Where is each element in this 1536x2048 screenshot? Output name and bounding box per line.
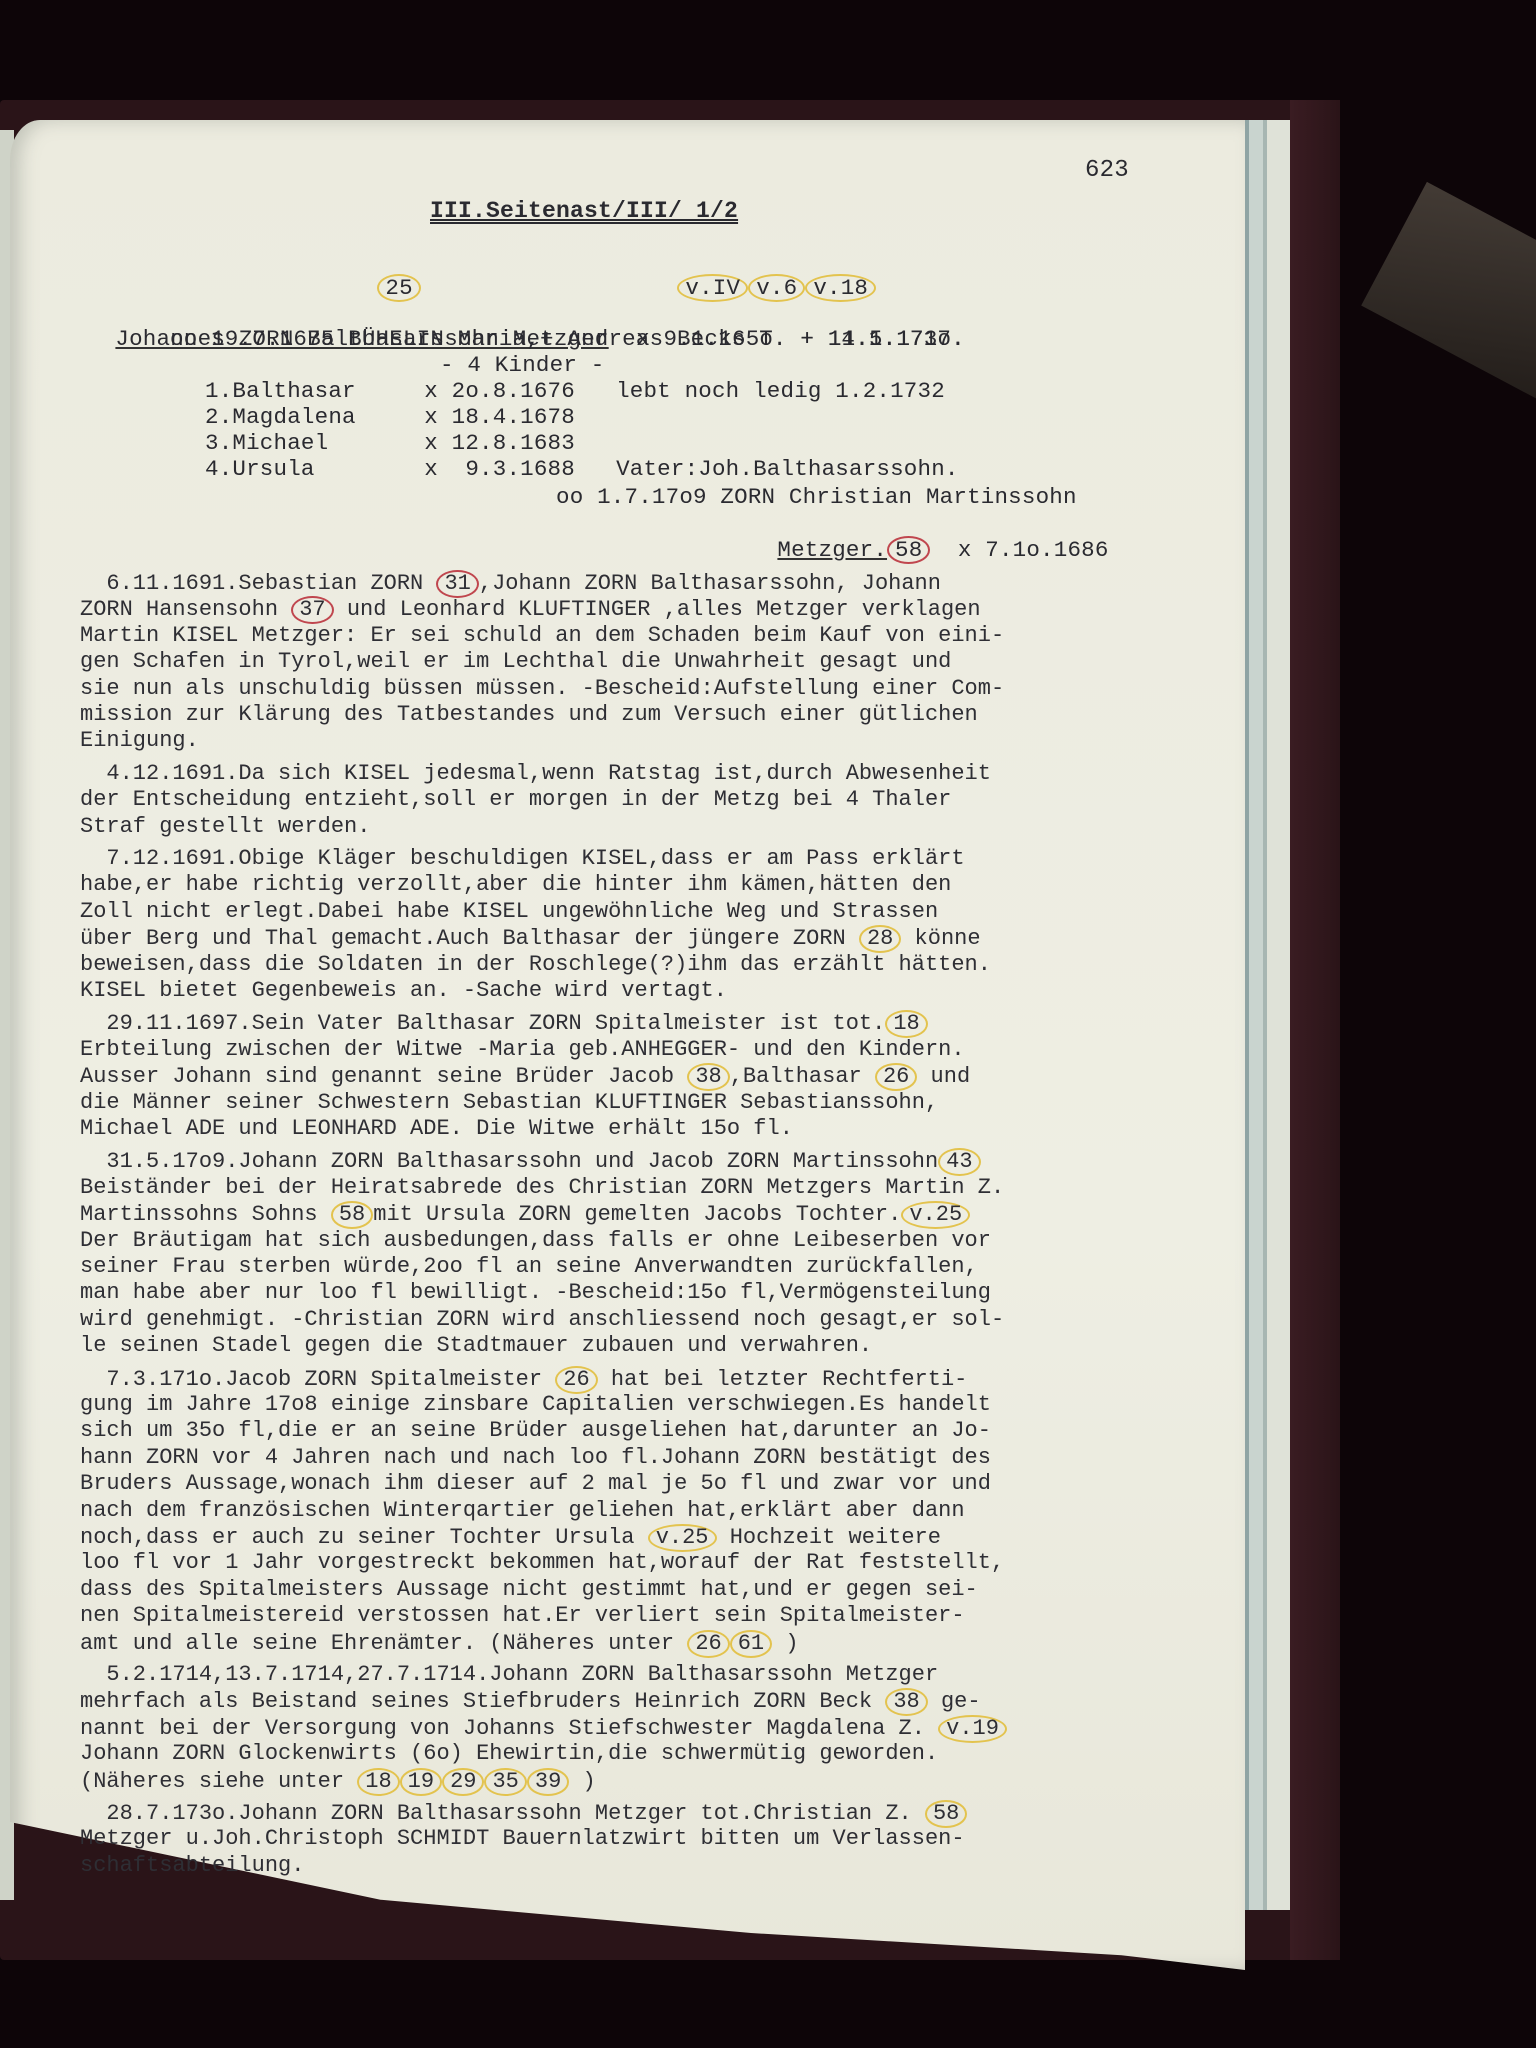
ref-circle: v.25 — [648, 1524, 717, 1552]
paragraph-line: man habe aber nur loo fl bewilligt. -Bes… — [80, 1280, 991, 1306]
ref-circle: 25 — [377, 274, 420, 302]
paragraph-line: ZORN Hansensohn 37 und Leonhard KLUFTING… — [80, 596, 981, 624]
paragraph-line: dass des Spitalmeisters Aussage nicht ge… — [80, 1577, 978, 1603]
paragraph-line: der Entscheidung entzieht,soll er morgen… — [80, 787, 951, 813]
paragraph-line: Martin KISEL Metzger: Er sei schuld an d… — [80, 623, 1004, 649]
paragraph-line: le seinen Stadel gegen die Stadtmauer zu… — [80, 1333, 872, 1359]
paragraph-line: 29.11.1697.Sein Vater Balthasar ZORN Spi… — [80, 1010, 928, 1038]
paragraph-line: Erbteilung zwischen der Witwe -Maria geb… — [80, 1037, 965, 1063]
paragraph-line: Zoll nicht erlegt.Dabei habe KISEL ungew… — [80, 899, 938, 925]
ref-circle: 26 — [875, 1063, 917, 1091]
paragraph-line: nannt bei der Versorgung von Johanns Sti… — [80, 1715, 1007, 1743]
ref-circle: 35 — [484, 1768, 526, 1796]
paragraph-line: nach dem französischen Winterqartier gel… — [80, 1498, 965, 1524]
paragraph-line: Metzger u.Joh.Christoph SCHMIDT Bauernla… — [80, 1826, 965, 1852]
paragraph-line: (Näheres siehe unter 1819293539 ) — [80, 1768, 596, 1796]
paragraph-line: 6.11.1691.Sebastian ZORN 31,Johann ZORN … — [80, 570, 941, 598]
paragraph-line: Beiständer bei der Heiratsabrede des Chr… — [80, 1175, 1004, 1201]
background-object — [1361, 182, 1536, 418]
ref-circle: 61 — [730, 1630, 772, 1658]
paragraph-line: Michael ADE und LEONHARD ADE. Die Witwe … — [80, 1116, 793, 1142]
page-heading: III.Seitenast/III/ 1/2 — [430, 198, 738, 224]
ref-circle: 37 — [291, 596, 333, 624]
paragraph-line: mehrfach als Beistand seines Stiefbruder… — [80, 1688, 981, 1716]
paragraph-line: wird genehmigt. -Christian ZORN wird ans… — [80, 1307, 1004, 1333]
refs-right: v.IVv.6v.18 — [650, 248, 876, 302]
ref-circle: 31 — [436, 570, 478, 598]
ref-left: 25 — [350, 248, 421, 302]
child-row: 1.Balthasar x 2o.8.1676 lebt noch ledig … — [205, 378, 945, 404]
paragraph-line: 7.12.1691.Obige Kläger beschuldigen KISE… — [80, 846, 965, 872]
ref-circle: 18 — [885, 1010, 927, 1038]
paragraph-line: beweisen,dass die Soldaten in der Roschl… — [80, 952, 991, 978]
paragraph-line: amt und alle seine Ehrenämter. (Näheres … — [80, 1630, 799, 1658]
paragraph-line: Martinssohns Sohns 58mit Ursula ZORN gem… — [80, 1201, 970, 1229]
paragraph-line: 7.3.171o.Jacob ZORN Spitalmeister 26 hat… — [80, 1366, 967, 1394]
paragraph-line: 5.2.1714,13.7.1714,27.7.1714.Johann ZORN… — [80, 1662, 938, 1688]
child-row: 2.Magdalena x 18.4.1678 — [205, 404, 575, 430]
ref-circle: v.18 — [805, 274, 876, 302]
paragraph-line: 28.7.173o.Johann ZORN Balthasarssohn Met… — [80, 1800, 967, 1828]
paragraph-line: sie nun als unschuldig büssen müssen. -B… — [80, 676, 1004, 702]
paragraph-line: 31.5.17o9.Johann ZORN Balthasarssohn und… — [80, 1148, 981, 1176]
ref-circle: 38 — [885, 1688, 927, 1716]
paragraph-line: noch,dass er auch zu seiner Tochter Ursu… — [80, 1524, 941, 1552]
ref-circle: v.19 — [938, 1715, 1007, 1743]
paragraph-line: Ausser Johann sind genannt seine Brüder … — [80, 1063, 970, 1091]
paragraph-line: Der Bräutigam hat sich ausbedungen,dass … — [80, 1228, 991, 1254]
ref-circle: 43 — [938, 1148, 980, 1176]
paragraph-line: mission zur Klärung des Tatbestandes und… — [80, 702, 978, 728]
ref-circle: 26 — [687, 1630, 729, 1658]
paragraph-line: über Berg und Thal gemacht.Auch Balthasa… — [80, 925, 981, 953]
children-header: - 4 Kinder - — [440, 352, 604, 378]
paragraph-line: KISEL bietet Gegenbeweis an. -Sache wird… — [80, 978, 727, 1004]
ref-circle: v.IV — [677, 274, 748, 302]
ref-circle: 39 — [527, 1768, 569, 1796]
paragraph-line: 4.12.1691.Da sich KISEL jedesmal,wenn Ra… — [80, 761, 991, 787]
ref-circle: 26 — [555, 1366, 597, 1394]
paragraph-line: die Männer seiner Schwestern Sebastian K… — [80, 1090, 938, 1116]
ref-circle: 58 — [887, 536, 930, 564]
paragraph-line: gung im Jahre 17o8 einige zinsbare Capit… — [80, 1392, 991, 1418]
ref-circle: 38 — [687, 1063, 729, 1091]
paragraph-line: Straf gestellt werden. — [80, 814, 370, 840]
ref-circle: 58 — [331, 1201, 373, 1229]
book-cover-edge — [1290, 100, 1340, 1960]
page-number: 623 — [1085, 158, 1129, 184]
ref-circle: 29 — [442, 1768, 484, 1796]
paragraph-line: sich um 35o fl,die er an seine Brüder au… — [80, 1418, 991, 1444]
paragraph-line: nen Spitalmeistereid verstossen hat.Er v… — [80, 1603, 965, 1629]
paragraph-line: gen Schafen in Tyrol,weil er im Lechthal… — [80, 649, 951, 675]
paragraph-line: Johann ZORN Glockenwirts (6o) Ehewirtin,… — [80, 1741, 938, 1767]
ref-circle: v.25 — [901, 1201, 970, 1229]
paragraph-line: Einigung. — [80, 728, 199, 754]
paragraph-line: loo fl vor 1 Jahr vorgestreckt bekommen … — [80, 1550, 1004, 1576]
ref-circle: 19 — [400, 1768, 442, 1796]
paragraph-line: seiner Frau sterben würde,2oo fl an sein… — [80, 1254, 978, 1280]
paragraph-line: Bruders Aussage,wonach ihm dieser auf 2 … — [80, 1471, 991, 1497]
child-row: 3.Michael x 12.8.1683 — [205, 430, 575, 456]
entry-marriage: oo 19.7.1675 BÜHELIN Maria,+ Andreas Bec… — [170, 326, 965, 352]
paragraph-line: habe,er habe richtig verzollt,aber die h… — [80, 872, 951, 898]
ref-circle: 58 — [925, 1800, 967, 1828]
ref-circle: 28 — [859, 925, 901, 953]
ursula-marriage-line1: oo 1.7.17o9 ZORN Christian Martinssohn — [556, 484, 1077, 510]
ref-circle: v.6 — [748, 274, 805, 302]
paragraph-line: hann ZORN vor 4 Jahren nach und nach loo… — [80, 1445, 991, 1471]
child-row: 4.Ursula x 9.3.1688 Vater:Joh.Balthasars… — [205, 456, 959, 482]
paragraph-line: schaftsabteilung. — [80, 1853, 304, 1879]
ref-circle: 18 — [357, 1768, 399, 1796]
ursula-marriage-line2: Metzger.58 x 7.1o.1686 — [750, 510, 1109, 564]
